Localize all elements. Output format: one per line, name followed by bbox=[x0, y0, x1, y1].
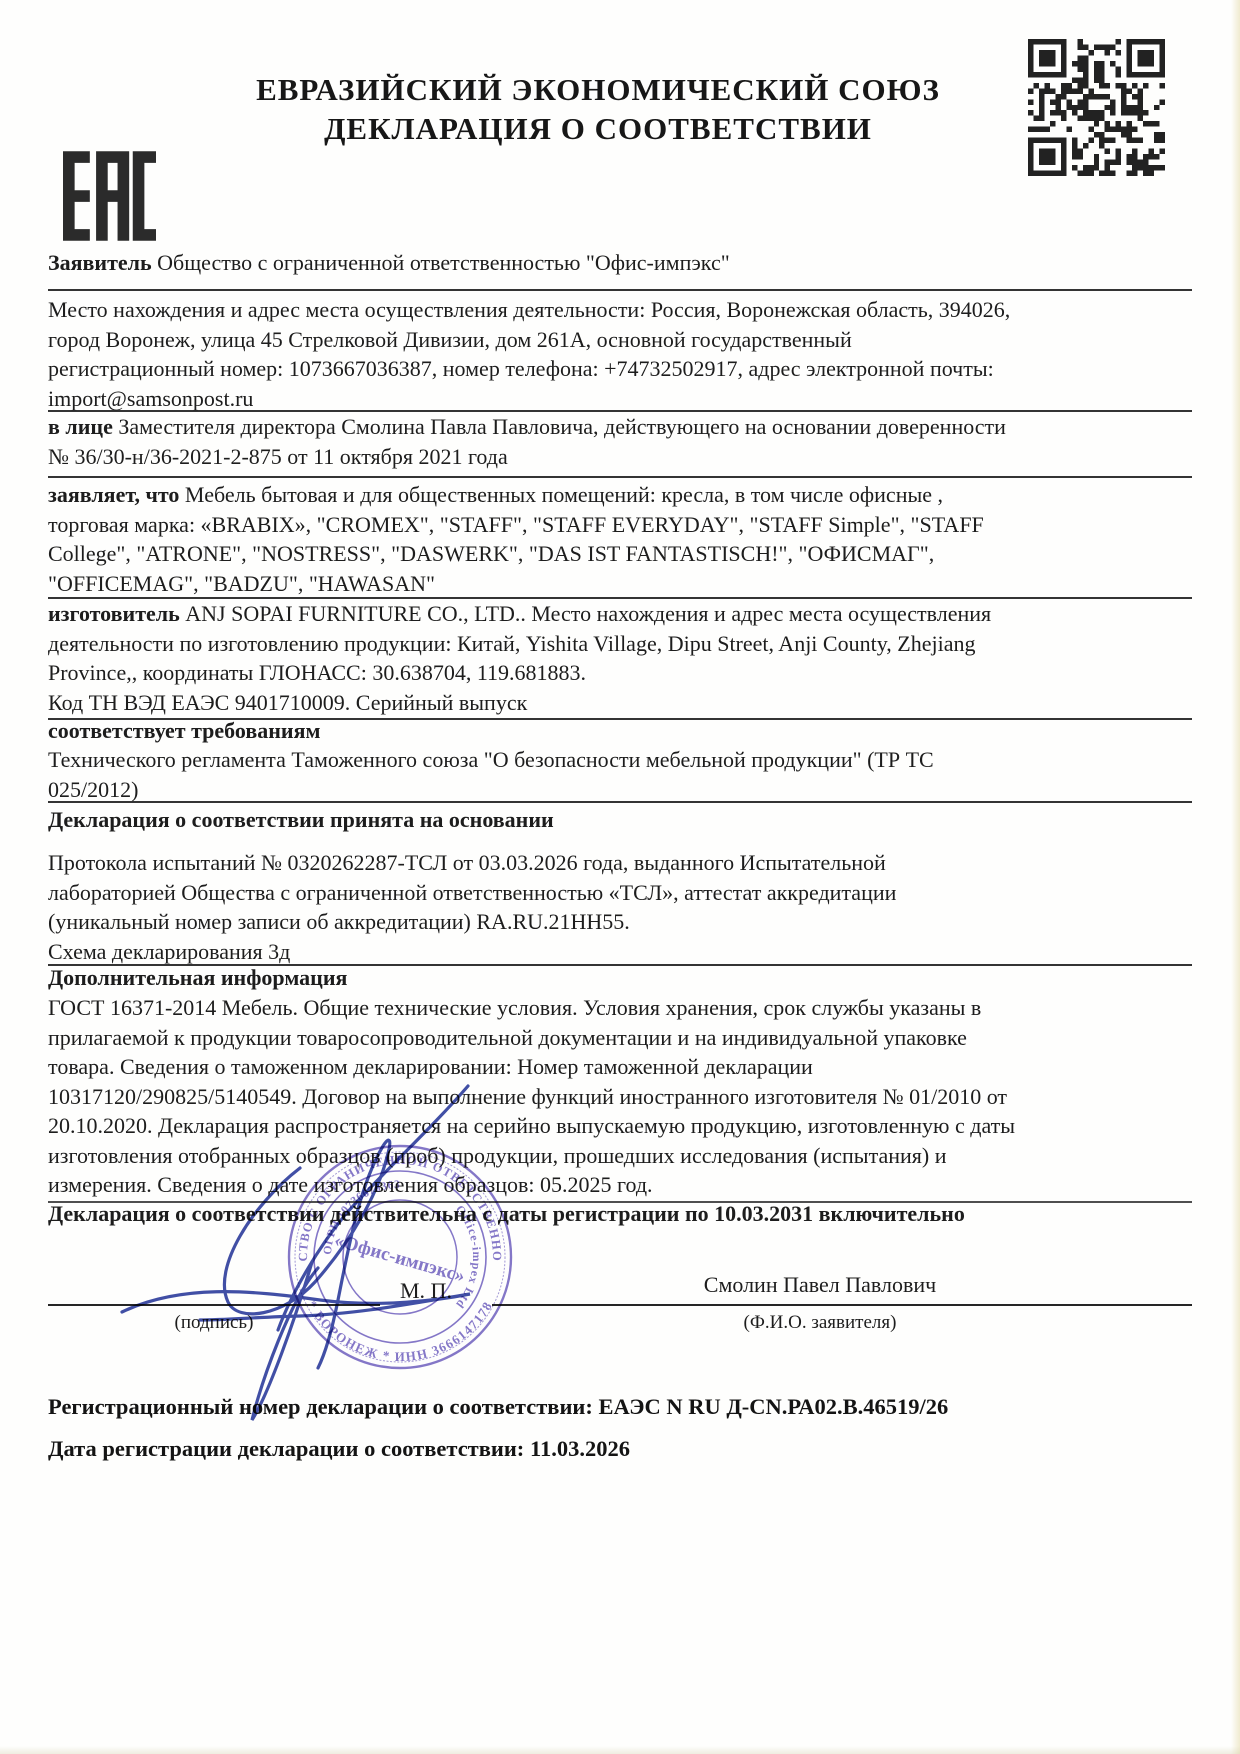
representative-block: в лице Заместителя директора Смолина Пав… bbox=[48, 412, 1194, 471]
representative-label: в лице bbox=[48, 414, 113, 439]
regulation-line: 025/2012) bbox=[48, 775, 1194, 805]
manufacturer-name: ANJ SOPAI FURNITURE CO., LTD.. Место нах… bbox=[185, 601, 991, 626]
additional-info-line: ГОСТ 16371-2014 Мебель. Общие технически… bbox=[48, 993, 1194, 1023]
registration-date-row: Дата регистрации декларации о соответств… bbox=[48, 1436, 1194, 1462]
qr-code-icon bbox=[1028, 39, 1165, 176]
compliance-block: Технического регламента Таможенного союз… bbox=[48, 745, 1194, 804]
divider bbox=[48, 801, 1192, 803]
stamp-ring-bottom-text: * ВОРОНЕЖ * ИНН 3666147178 bbox=[305, 1298, 496, 1364]
scan-edge-artifact bbox=[0, 1746, 1240, 1754]
product-block: заявляет, что Мебель бытовая и для общес… bbox=[48, 480, 1194, 598]
accreditation-line: (уникальный номер записи об аккредитации… bbox=[48, 907, 1194, 937]
company-stamp: ОБЩЕСТВО С ОГРАНИЧЕННОЙ ОТВЕТСТВЕННОСТЬЮ… bbox=[283, 1140, 517, 1374]
test-report-line: Протокола испытаний № 0320262287-ТСЛ от … bbox=[48, 848, 1194, 878]
registration-number-row: Регистрационный номер декларации о соотв… bbox=[48, 1394, 1194, 1420]
divider bbox=[48, 289, 1192, 291]
basis-heading: Декларация о соответствии принята на осн… bbox=[48, 805, 1194, 835]
registration-date-value: 11.03.2026 bbox=[530, 1436, 630, 1461]
additional-info-line: прилагаемой к продукции товаросопроводит… bbox=[48, 1023, 1194, 1053]
additional-info-line: изготовления отобранных образцов (проб) … bbox=[48, 1141, 1194, 1171]
manufacturer-block: изготовитель ANJ SOPAI FURNITURE CO., LT… bbox=[48, 599, 1194, 717]
registration-number-value: ЕАЭС N RU Д-CN.РА02.В.46519/26 bbox=[599, 1394, 949, 1419]
signer-name-line bbox=[492, 1304, 1192, 1306]
regulation-line: Технического регламента Таможенного союз… bbox=[48, 745, 1194, 775]
applicant-row: Заявитель Общество с ограниченной ответс… bbox=[48, 248, 1194, 278]
tnved-code-line: Код ТН ВЭД ЕАЭС 9401710009. Серийный вып… bbox=[48, 688, 1194, 718]
trademarks-line: "OFFICEMAG", "BADZU", "HAWASAN" bbox=[48, 569, 1194, 599]
basis-block: Протокола испытаний № 0320262287-ТСЛ от … bbox=[48, 848, 1194, 966]
stamp-center-text: «Офис-импэкс» bbox=[332, 1230, 467, 1287]
trademarks-line: College", "ATRONE", "NOSTRESS", "DASWERK… bbox=[48, 539, 1194, 569]
address-line: import@samsonpost.ru bbox=[48, 384, 1194, 414]
compliance-heading: соответствует требованиям bbox=[48, 716, 1194, 746]
additional-info-line: 20.10.2020. Декларация распространяется … bbox=[48, 1111, 1194, 1141]
declaration-document: ЕВРАЗИЙСКИЙ ЭКОНОМИЧЕСКИЙ СОЮЗ ДЕКЛАРАЦИ… bbox=[0, 0, 1240, 1754]
eac-mark-icon bbox=[63, 147, 156, 245]
additional-info-line: 10317120/290825/5140549. Договор на выпо… bbox=[48, 1082, 1194, 1112]
signer-name: Смолин Павел Павлович bbox=[580, 1272, 1060, 1298]
additional-info-block: ГОСТ 16371-2014 Мебель. Общие технически… bbox=[48, 993, 1194, 1200]
registration-number-label: Регистрационный номер декларации о соотв… bbox=[48, 1394, 593, 1419]
address-block: Место нахождения и адрес места осуществл… bbox=[48, 295, 1194, 413]
document-title: ЕВРАЗИЙСКИЙ ЭКОНОМИЧЕСКИЙ СОЮЗ ДЕКЛАРАЦИ… bbox=[0, 70, 1196, 148]
registration-date-label: Дата регистрации декларации о соответств… bbox=[48, 1436, 524, 1461]
product-description: Мебель бытовая и для общественных помеще… bbox=[185, 482, 943, 507]
representative-text: Заместителя директора Смолина Павла Павл… bbox=[118, 414, 1006, 439]
title-line-1: ЕВРАЗИЙСКИЙ ЭКОНОМИЧЕСКИЙ СОЮЗ bbox=[0, 70, 1196, 109]
address-line: Место нахождения и адрес места осуществл… bbox=[48, 295, 1194, 325]
manufacturer-label: изготовитель bbox=[48, 601, 180, 626]
validity-line: Декларация о соответствии действительна … bbox=[48, 1199, 1194, 1229]
applicant-value: Общество с ограниченной ответственностью… bbox=[157, 250, 730, 275]
divider bbox=[48, 476, 1192, 478]
signer-name-caption: (Ф.И.О. заявителя) bbox=[580, 1312, 1060, 1334]
address-line: город Воронеж, улица 45 Стрелковой Дивиз… bbox=[48, 325, 1194, 355]
declaration-scheme-line: Схема декларирования 3д bbox=[48, 937, 1194, 967]
svg-text:* ВОРОНЕЖ * ИНН 3666147178: * ВОРОНЕЖ * ИНН 3666147178 bbox=[305, 1298, 496, 1364]
address-line: регистрационный номер: 1073667036387, но… bbox=[48, 354, 1194, 384]
test-report-line: лабораторией Общества с ограниченной отв… bbox=[48, 878, 1194, 908]
scan-edge-artifact bbox=[1231, 0, 1240, 1754]
applicant-label: Заявитель bbox=[48, 250, 152, 275]
additional-info-line: товара. Сведения о таможенном деклариров… bbox=[48, 1052, 1194, 1082]
title-line-2: ДЕКЛАРАЦИЯ О СООТВЕТСТВИИ bbox=[0, 109, 1196, 148]
additional-info-line: измерения. Сведения о дате изготовления … bbox=[48, 1170, 1194, 1200]
manufacturer-line: Province,, координаты ГЛОНАСС: 30.638704… bbox=[48, 658, 1194, 688]
trademarks-line: торговая марка: «BRABIX», "CROMEX", "STA… bbox=[48, 510, 1194, 540]
additional-info-heading: Дополнительная информация bbox=[48, 963, 1194, 993]
manufacturer-line: деятельности по изготовлению продукции: … bbox=[48, 629, 1194, 659]
declares-label: заявляет, что bbox=[48, 482, 179, 507]
power-of-attorney-number: № 36/30-н/36-2021-2-875 от 11 октября 20… bbox=[48, 442, 1194, 472]
